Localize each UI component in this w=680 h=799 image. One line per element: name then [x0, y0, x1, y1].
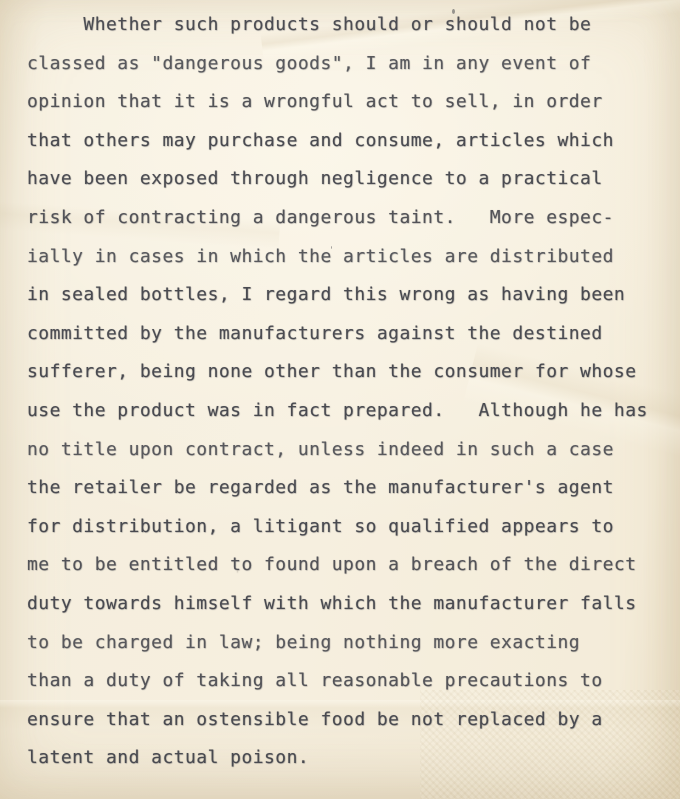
text-line: to be charged in law; being nothing more…	[27, 624, 675, 663]
text-line: have been exposed through negligence to …	[27, 160, 675, 199]
text-line: latent and actual poison.	[27, 739, 675, 778]
text-line: me to be entitled to found upon a breach…	[27, 546, 675, 585]
text-line: than a duty of taking all reasonable pre…	[27, 662, 675, 701]
text-line: ially in cases in which the articles are…	[27, 238, 675, 277]
text-line: risk of contracting a dangerous taint. M…	[27, 199, 675, 238]
typewritten-paragraph: Whether such products should or should n…	[27, 6, 675, 778]
text-line: committed by the manufacturers against t…	[27, 315, 675, 354]
text-line: sufferer, being none other than the cons…	[27, 353, 675, 392]
text-line: for distribution, a litigant so qualifie…	[27, 508, 675, 547]
text-line: Whether such products should or should n…	[27, 6, 675, 45]
scanned-typewritten-page: Whether such products should or should n…	[0, 0, 680, 799]
text-line: use the product was in fact prepared. Al…	[27, 392, 675, 431]
text-line: opinion that it is a wrongful act to sel…	[27, 83, 675, 122]
text-line: duty towards himself with which the manu…	[27, 585, 675, 624]
text-line: in sealed bottles, I regard this wrong a…	[27, 276, 675, 315]
text-line: classed as "dangerous goods", I am in an…	[27, 45, 675, 84]
text-line: ensure that an ostensible food be not re…	[27, 701, 675, 740]
text-line: no title upon contract, unless indeed in…	[27, 431, 675, 470]
text-line: the retailer be regarded as the manufact…	[27, 469, 675, 508]
text-line: that others may purchase and consume, ar…	[27, 122, 675, 161]
